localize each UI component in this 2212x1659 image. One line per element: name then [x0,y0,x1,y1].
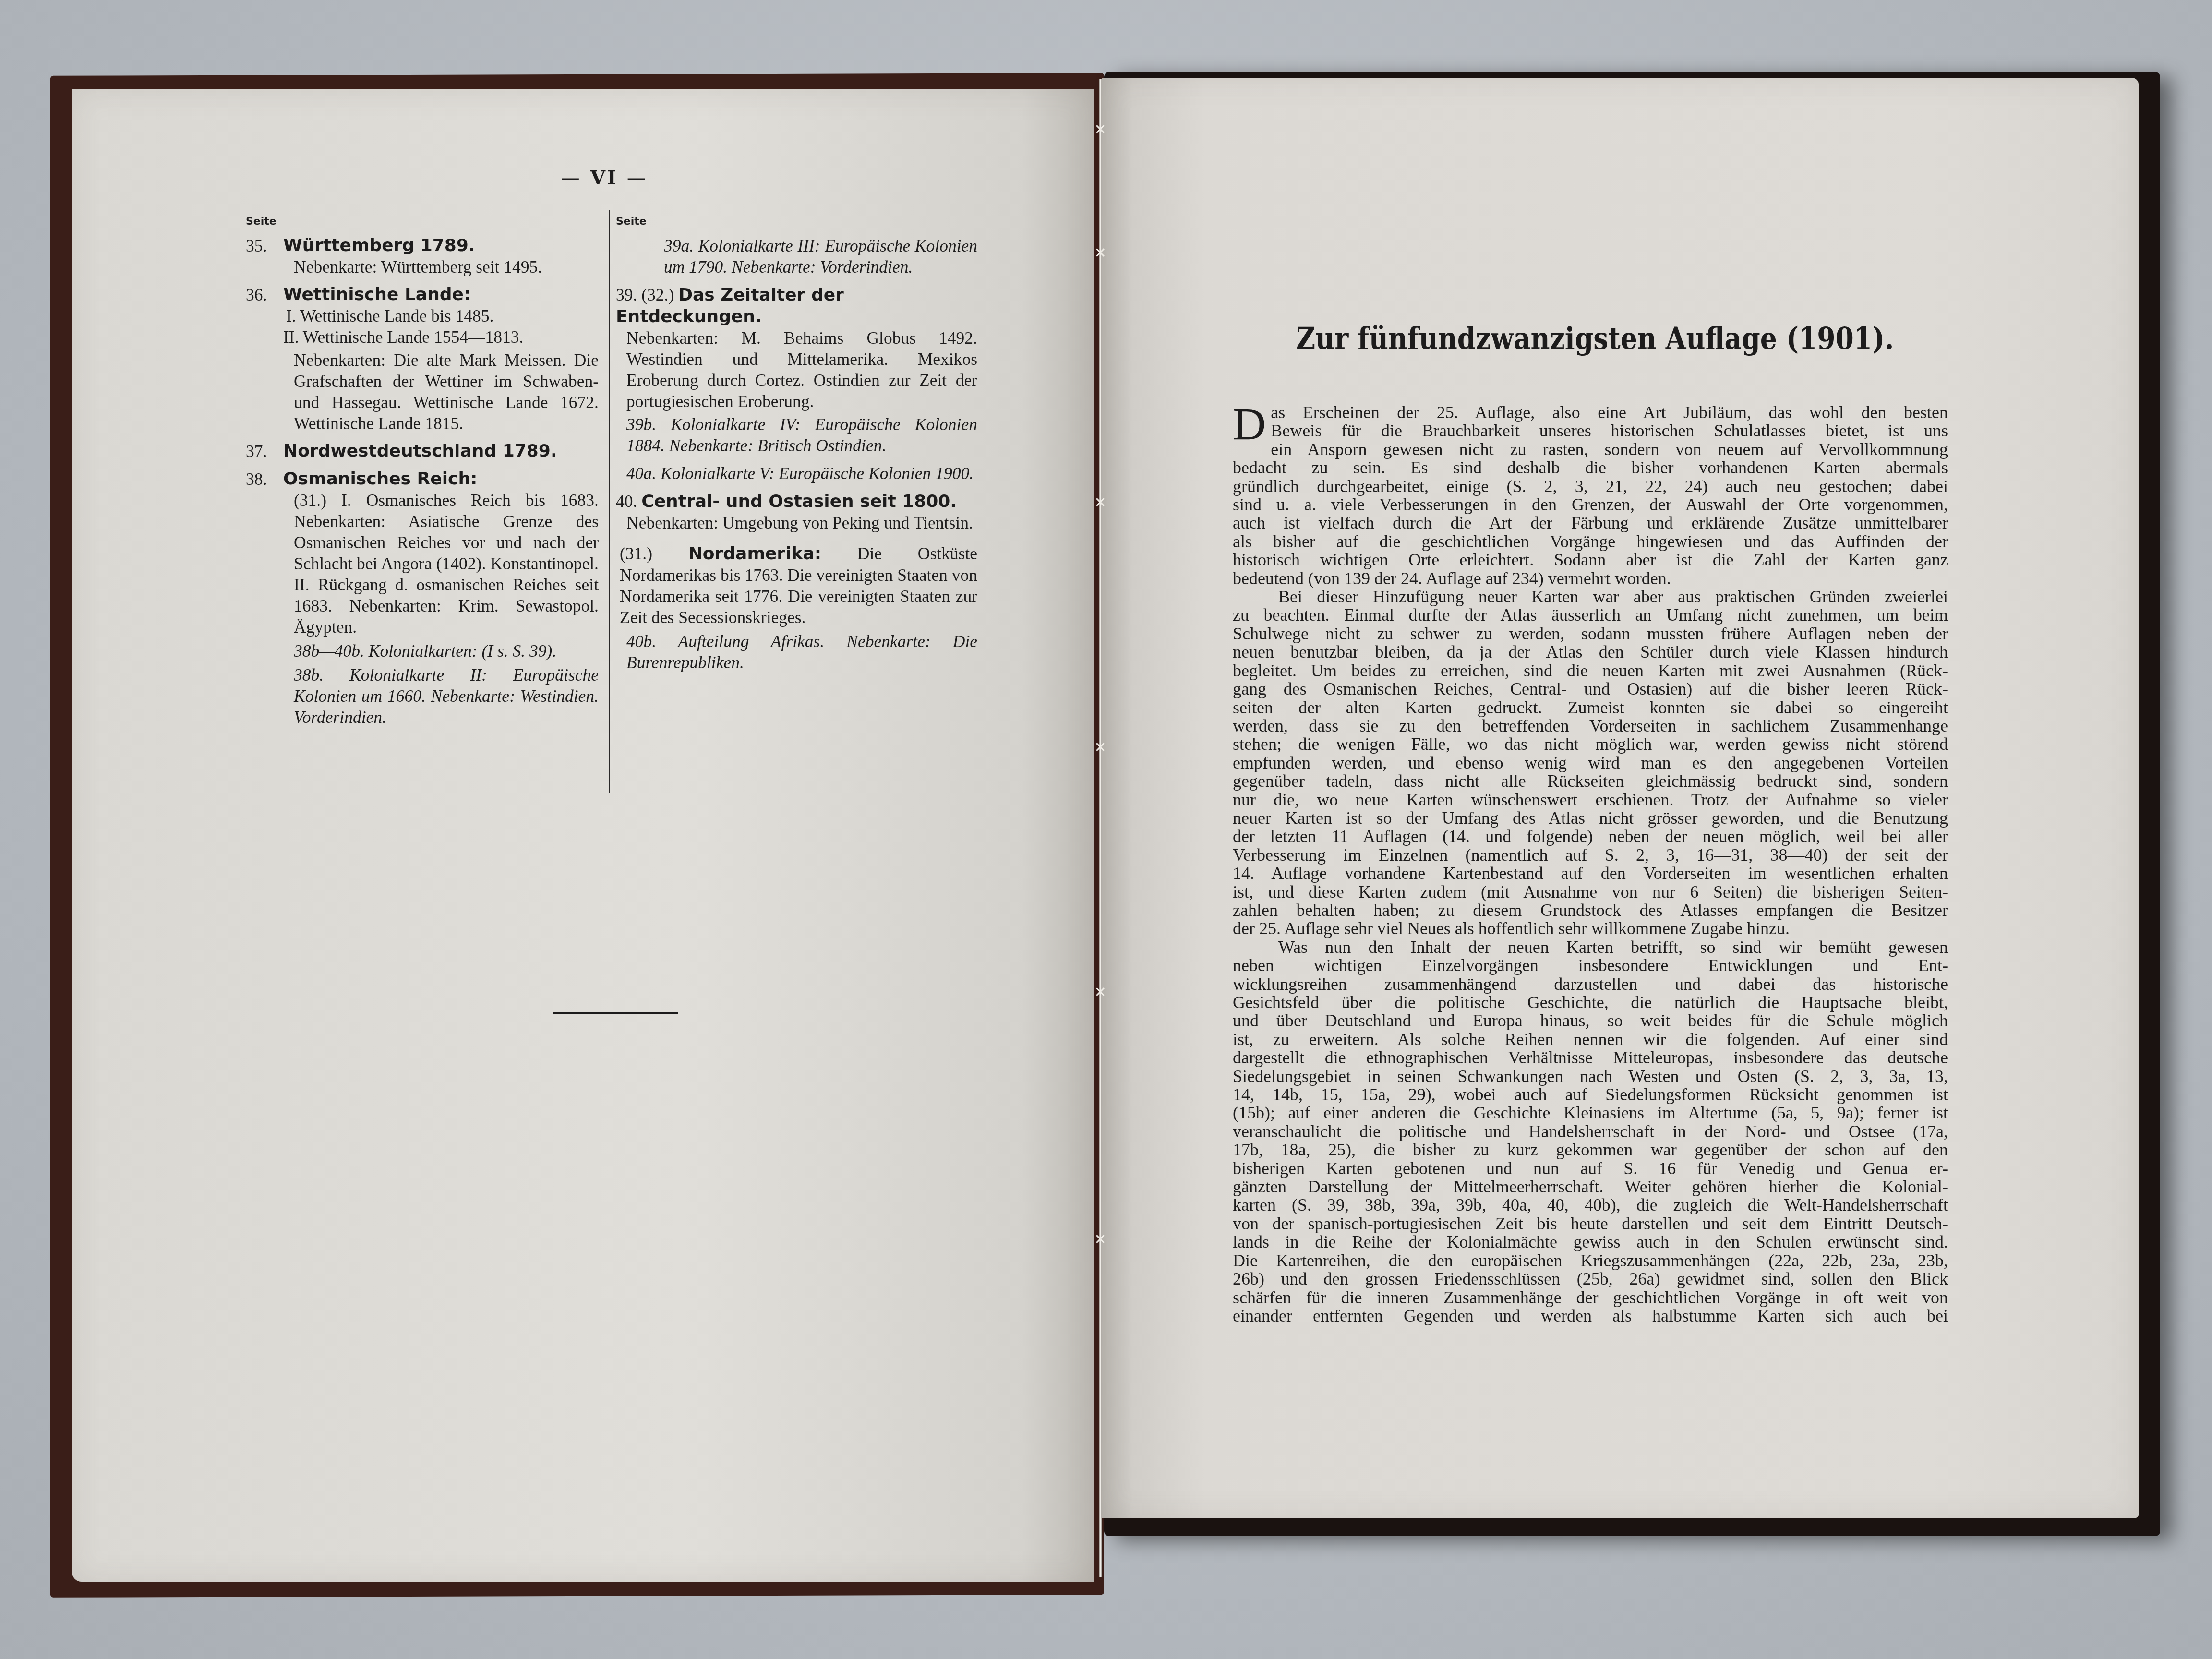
text-line: ist, zu erweitern. Als solche Reihen nen… [1233,1030,1948,1048]
section-end-rule [553,1012,678,1014]
binding-stitch-icon: ✕ [1094,497,1107,509]
book-spine [1099,79,1102,1577]
binding-stitch-icon: ✕ [1094,986,1107,999]
text-line: gründlich durchgearbeitet, einige (S. 2,… [1233,477,1948,495]
binding-stitch-icon: ✕ [1094,247,1107,260]
entry-number: 39. [616,285,637,304]
text-line: ist, und diese Karten zudem (mit Ausnahm… [1233,883,1948,901]
entry-number: 36. [246,284,267,305]
text-line: empfunden werden, und ebenso wenig wird … [1233,754,1948,772]
entry-italic-text: 39a. Kolonialkarte III: Europäische Kolo… [653,235,977,277]
toc-column-b: Seite 39a. Kolonialkarte III: Europäisch… [616,211,977,680]
entry-heading: Nordamerika: [688,544,821,564]
entry-number: 38. [246,469,267,490]
text-line: bedacht zu sein. Es sind deshalb die bis… [1233,458,1948,477]
text-line: der letzten 11 Auflagen (14. und folgend… [1233,827,1948,845]
text-line: nur die, wo neue Karten wünschenswert er… [1233,791,1948,809]
entry-italic-text: 38b—40b. Kolonialkarten: (I s. S. 39). [283,640,599,661]
text-line: Schulwege nicht zu schwer zu werden, sod… [1233,625,1948,643]
toc-column-a: Seite 35. Württemberg 1789. Nebenkarte: … [246,211,599,734]
page-number-header: — VI — [561,167,648,189]
toc-entry: 38. Osmanisches Reich: (31.) I. Osmanisc… [246,469,599,728]
entry-number: 35. [246,235,267,256]
text-line: 14. Auflage vorhandene Kartenbestand auf… [1233,864,1948,882]
toc-entry: 35. Württemberg 1789. Nebenkarte: Württe… [246,235,599,277]
text-line: sind u. a. viele Verbesserungen in den G… [1233,495,1948,514]
text-line: as Erscheinen der 25. Auflage, also eine… [1233,403,1948,421]
entry-heading: Nordwestdeutschland 1789. [283,441,599,462]
entry-text: II. Rückgang d. osmanischen Reiches seit… [283,574,599,637]
text-line: Die Kartenreihen, die den europäischen K… [1233,1251,1948,1270]
entry-italic-text: 39b. Kolonialkarte IV: Europäische Kolon… [616,414,977,456]
entry-subline: II. Wettinische Lande 1554—1813. [283,326,599,348]
toc-entry: 40. Central- und Ostasien seit 1800. Neb… [616,491,977,533]
text-line: zahlen behalten haben; zu diesem Grundst… [1233,901,1948,919]
text-line: historisch wichtigen Orte erleichtert. S… [1233,551,1948,569]
text-line: ein Ansporn gewesen nicht zu rasten, son… [1233,440,1948,458]
toc-entry: 39. (32.) Das Zeitalter der Entdeckungen… [616,284,977,484]
text-line: dargestellt die ethnographischen Verhält… [1233,1048,1948,1067]
seite-label: Seite [246,211,599,232]
column-divider [609,210,610,793]
text-line: Was nun den Inhalt der neuen Karten betr… [1233,938,1948,956]
text-line: Gesichtsfeld über die politische Geschic… [1233,993,1948,1011]
text-line: Verbesserung im Einzelnen (namentlich au… [1233,846,1948,864]
text-line: werden, dass sie zu den betreffenden Vor… [1233,717,1948,735]
binding-stitch-icon: ✕ [1094,742,1107,754]
entry-heading: Osmanisches Reich: [283,469,599,490]
text-line: stehen; die wenigen Fälle, wo das nicht … [1233,735,1948,753]
text-line: gang des Osmanischen Reiches, Central- u… [1233,680,1948,698]
entry-text: Nebenkarten: Die alte Mark Meissen. Die … [283,349,599,434]
text-line: 26b) und den grossen Friedensschlüssen (… [1233,1270,1948,1288]
text-line: zu beachten. Einmal durfte der Atlas äus… [1233,606,1948,624]
entry-text: Nebenkarten: M. Behaims Globus 1492. Wes… [616,327,977,412]
text-line: einander entfernten Gegenden und werden … [1233,1307,1948,1325]
text-line: bisherigen Karten gebotenen und nun auf … [1233,1159,1948,1178]
text-line: seiten der alten Karten gedruckt. Zumeis… [1233,698,1948,717]
text-line: wicklungsreihen zusammenhängend darzuste… [1233,975,1948,993]
text-line: neuer Karten ist so der Umfang des Atlas… [1233,809,1948,827]
toc-entry: 36. Wettinische Lande: I. Wettinische La… [246,284,599,434]
text-line: neben wichtigen Einzelvorgängen insbeson… [1233,956,1948,974]
entry-text: (31.) I. Osmanisches Reich bis 1683. Neb… [283,490,599,574]
text-line: gegenüber tadeln, dass nicht alle Rückse… [1233,772,1948,790]
text-line: 17b, 18a, 25), die bisher zu kurz gekomm… [1233,1141,1948,1159]
entry-italic-text: 38b. Kolonialkarte II: Europäische Kolon… [283,664,599,728]
text-line: lands in die Reihe der Kolonialmächte ge… [1233,1233,1948,1251]
toc-entry: (31.) Nordamerika: Die Ostküste Nordamer… [616,543,977,673]
entry-text: Nebenkarte: Württemberg seit 1495. [283,256,599,277]
entry-italic-text: 40a. Kolonialkarte V: Europäische Koloni… [616,463,977,484]
text-line: karten (S. 39, 38b, 39a, 39b, 40a, 40, 4… [1233,1196,1948,1214]
entry-number: 37. [246,441,267,462]
text-line: neuen benutzbar bleiben, da ja der Atlas… [1233,643,1948,661]
entry-text: Nebenkarten: Umgebung von Peking und Tie… [616,512,977,533]
text-line: bedeutend (von 139 der 24. Auflage auf 2… [1233,569,1948,588]
text-line: gänzten Darstellung der Mittelmeerherrsc… [1233,1178,1948,1196]
entry-prefix: (31.) [620,544,652,563]
toc-entry: 37. Nordwestdeutschland 1789. [246,441,599,462]
drop-cap: D [1233,405,1266,444]
text-line: Beweis für die Brauchbarkeit unseres his… [1233,421,1948,440]
entry-heading: Central- und Ostasien seit 1800. [641,492,957,511]
text-line: Siedelungsgebiet in seinen Schwankungen … [1233,1067,1948,1085]
entry-heading: Wettinische Lande: [283,284,599,305]
text-line: von der spanisch-portugiesischen Zeit bi… [1233,1214,1948,1233]
text-line: (15b); auf einer anderen die Geschichte … [1233,1104,1948,1122]
seite-label: Seite [616,211,977,232]
text-line: Bei dieser Hinzufügung neuer Karten war … [1233,588,1948,606]
preface-body: D as Erscheinen der 25. Auflage, also ei… [1233,403,1948,1325]
text-line: schärfen für die inneren Zusammenhänge d… [1233,1288,1948,1307]
page-title: Zur fünfundzwanzigsten Auflage (1901). [1296,321,1894,357]
entry-number: 40. [616,492,637,511]
text-line: und über Deutschland und Europa hinaus, … [1233,1011,1948,1030]
entry-prefix: (32.) [641,285,674,304]
text-line: der 25. Auflage sehr viel Neues als hoff… [1233,919,1948,938]
entry-heading: Württemberg 1789. [283,235,599,256]
binding-stitch-icon: ✕ [1094,1234,1107,1246]
binding-stitch-icon: ✕ [1094,124,1107,136]
toc-entry: 39a. Kolonialkarte III: Europäische Kolo… [616,235,977,277]
text-line: veranschaulicht die politische und Hande… [1233,1122,1948,1141]
text-line: 14, 14b, 15, 15a, 29), wobei auch auf Si… [1233,1085,1948,1104]
text-line: begleitet. Um beides zu erreichen, sind … [1233,661,1948,680]
text-line: als bisher auf die geschichtlichen Vorgä… [1233,532,1948,551]
entry-italic-text: 40b. Aufteilung Afrikas. Nebenkarte: Die… [616,631,977,673]
text-line: auch ist vielfach durch die Art der Färb… [1233,514,1948,532]
entry-subline: I. Wettinische Lande bis 1485. [283,305,599,326]
